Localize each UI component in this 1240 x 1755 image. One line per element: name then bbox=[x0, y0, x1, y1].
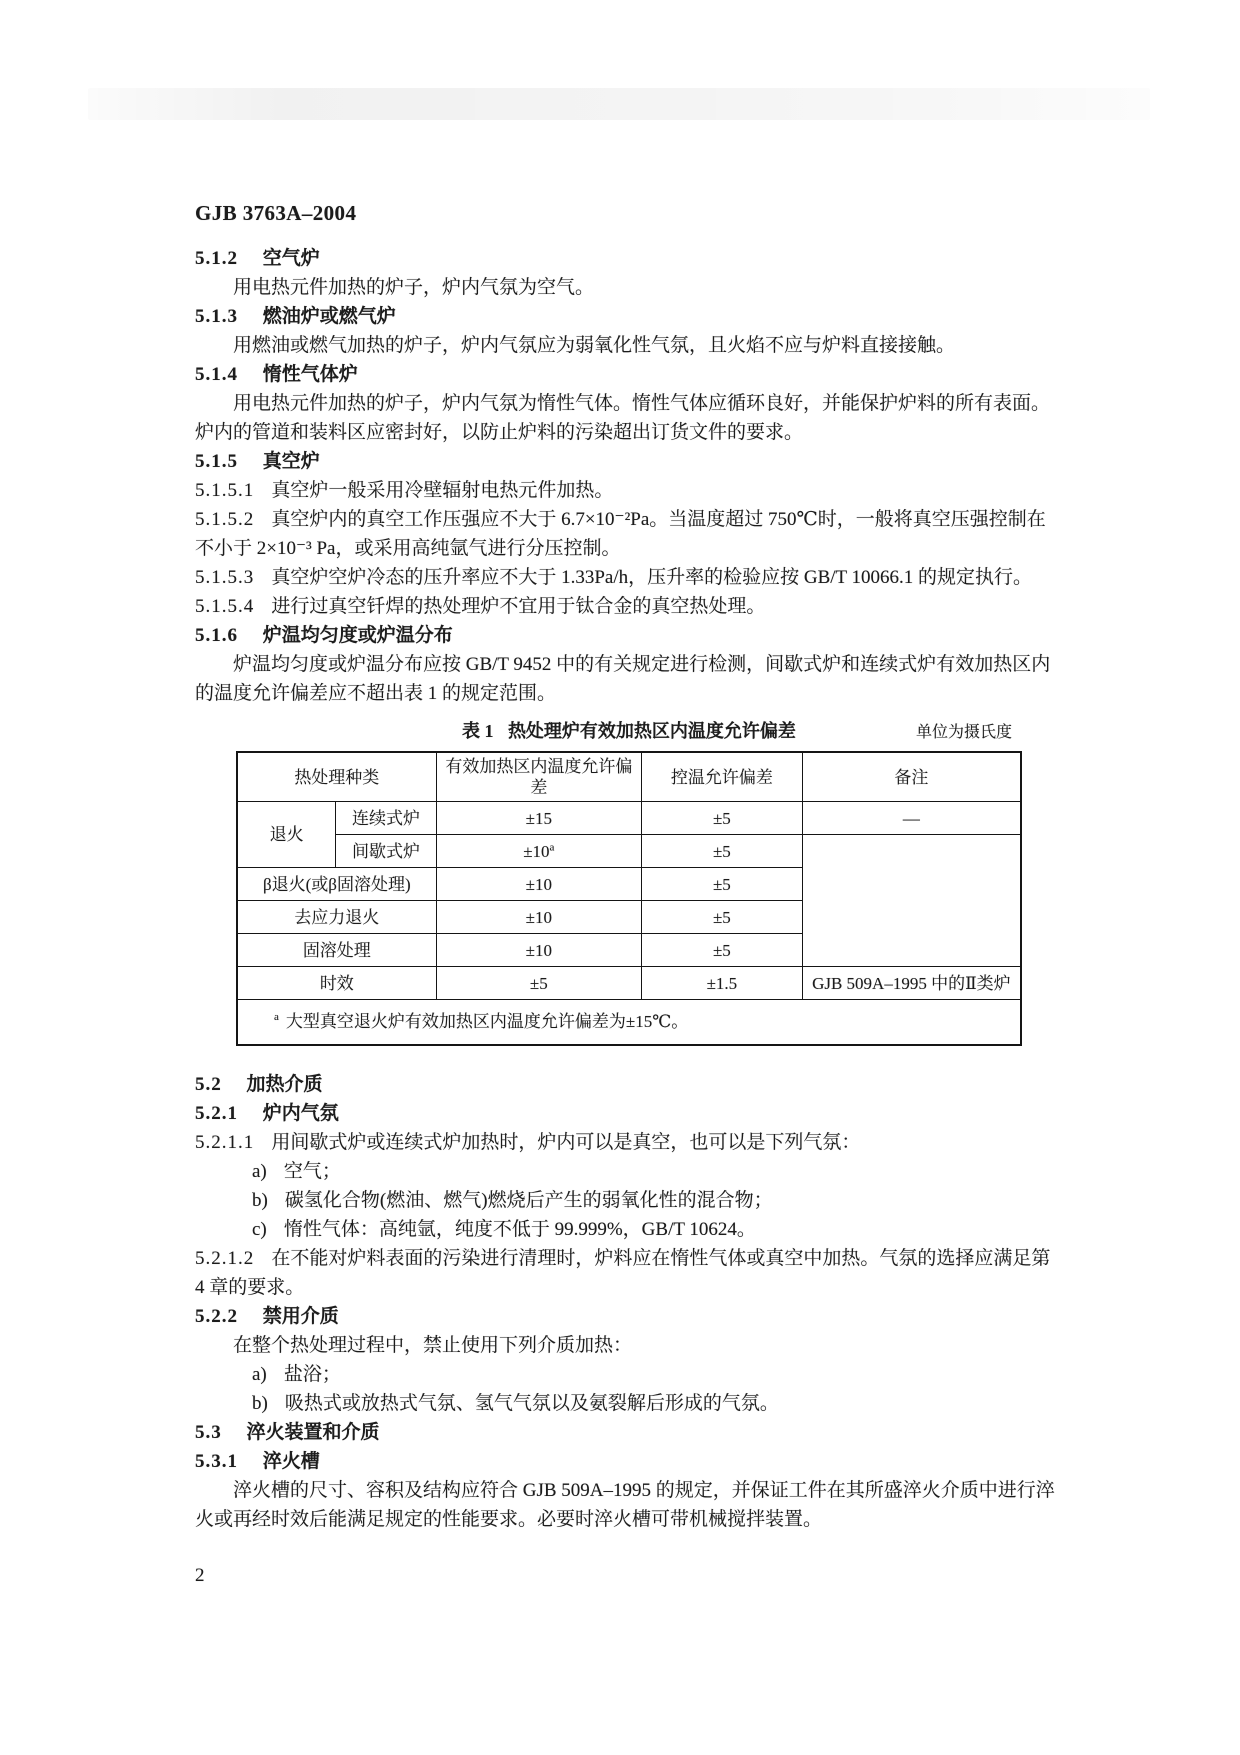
table-unit-note: 单位为摄氏度 bbox=[916, 718, 1012, 748]
cell-control: ±5 bbox=[642, 934, 803, 967]
footnote-ref: a bbox=[550, 841, 555, 853]
clause-title: 加热介质 bbox=[246, 1074, 322, 1095]
numbered-paragraph: 5.2.1.2在不能对炉料表面的污染进行清理时，炉料应在惰性气体或真空中加热。气… bbox=[195, 1244, 1063, 1302]
numbered-paragraph: 5.1.5.1真空炉一般采用冷壁辐射电热元件加热。 bbox=[195, 476, 1063, 505]
doc-number: GJB 3763A–2004 bbox=[195, 198, 1063, 228]
list-marker: b) bbox=[252, 1190, 268, 1211]
cell-control: ±5 bbox=[642, 901, 803, 934]
paragraph: 在整个热处理过程中，禁止使用下列介质加热： bbox=[195, 1331, 1063, 1360]
cell-remark: — bbox=[802, 802, 1021, 835]
page-content: GJB 3763A–2004 5.1.2空气炉 用电热元件加热的炉子，炉内气氛为… bbox=[195, 198, 1063, 1590]
paragraph-text: 用间歇式炉或连续式炉加热时，炉内可以是真空，也可以是下列气氛： bbox=[271, 1132, 860, 1153]
clause-heading-5-1-4: 5.1.4惰性气体炉 bbox=[195, 360, 1063, 389]
list-marker: c) bbox=[252, 1219, 267, 1240]
clause-number: 5.1.5.4 bbox=[195, 596, 254, 617]
col-header: 有效加热区内温度允许偏差 bbox=[436, 752, 641, 802]
numbered-paragraph: 5.1.5.4进行过真空钎焊的热处理炉不宜用于钛合金的真空热处理。 bbox=[195, 592, 1063, 621]
cell-group: 退火 bbox=[237, 802, 336, 868]
paragraph-text: 真空炉空炉冷态的压升率应不大于 1.33Pa/h，压升率的检验应按 GB/T 1… bbox=[271, 567, 1032, 588]
clause-heading-5-1-5: 5.1.5真空炉 bbox=[195, 447, 1063, 476]
cell-kind: 时效 bbox=[237, 967, 436, 1000]
clause-heading-5-1-3: 5.1.3燃油炉或燃气炉 bbox=[195, 302, 1063, 331]
clause-number: 5.2.2 bbox=[195, 1306, 238, 1327]
cell-deviation: ±10 bbox=[436, 868, 641, 901]
clause-title: 空气炉 bbox=[263, 248, 320, 269]
cell-value: ±10 bbox=[523, 842, 549, 861]
document-page: GJB 3763A–2004 5.1.2空气炉 用电热元件加热的炉子，炉内气氛为… bbox=[0, 0, 1240, 1755]
clause-number: 5.1.5.2 bbox=[195, 509, 254, 530]
clause-title: 淬火槽 bbox=[263, 1451, 320, 1472]
clause-title: 炉内气氛 bbox=[263, 1103, 339, 1124]
clause-title: 真空炉 bbox=[263, 451, 320, 472]
clause-heading-5-3: 5.3淬火装置和介质 bbox=[195, 1418, 1063, 1447]
clause-title: 淬火装置和介质 bbox=[246, 1422, 379, 1443]
clause-number: 5.2.1 bbox=[195, 1103, 238, 1124]
list-marker: b) bbox=[252, 1393, 268, 1414]
paragraph: 炉温均匀度或炉温分布应按 GB/T 9452 中的有关规定进行检测，间歇式炉和连… bbox=[195, 650, 1063, 708]
list-text: 碳氢化合物(燃油、燃气)燃烧后产生的弱氧化性的混合物； bbox=[285, 1190, 773, 1211]
cell-remark: GJB 509A–1995 中的Ⅱ类炉 bbox=[802, 967, 1021, 1000]
list-marker: a) bbox=[252, 1161, 267, 1182]
footnote-text: 大型真空退火炉有效加热区内温度允许偏差为±15℃。 bbox=[286, 1012, 688, 1031]
list-text: 惰性气体：高纯氩，纯度不低于 99.999%，GB/T 10624。 bbox=[284, 1219, 756, 1240]
paragraph: 用电热元件加热的炉子，炉内气氛为空气。 bbox=[195, 273, 1063, 302]
paragraph: 淬火槽的尺寸、容积及结构应符合 GJB 509A–1995 的规定，并保证工件在… bbox=[195, 1476, 1063, 1534]
table-header-row: 热处理种类 有效加热区内温度允许偏差 控温允许偏差 备注 bbox=[237, 752, 1021, 802]
list-text: 盐浴； bbox=[284, 1364, 341, 1385]
list-item: a)盐浴； bbox=[195, 1360, 1063, 1389]
paragraph-text: 真空炉一般采用冷壁辐射电热元件加热。 bbox=[271, 480, 613, 501]
table-row: 时效 ±5 ±1.5 GJB 509A–1995 中的Ⅱ类炉 bbox=[237, 967, 1021, 1000]
list-item: b)碳氢化合物(燃油、燃气)燃烧后产生的弱氧化性的混合物； bbox=[195, 1186, 1063, 1215]
cell-control: ±1.5 bbox=[642, 967, 803, 1000]
cell-deviation: ±15 bbox=[436, 802, 641, 835]
clause-number: 5.1.4 bbox=[195, 364, 238, 385]
paragraph-text: 进行过真空钎焊的热处理炉不宜用于钛合金的真空热处理。 bbox=[271, 596, 765, 617]
list-item: a)空气； bbox=[195, 1157, 1063, 1186]
cell-kind: 固溶处理 bbox=[237, 934, 436, 967]
clause-title: 禁用介质 bbox=[263, 1306, 339, 1327]
paragraph-text: 在不能对炉料表面的污染进行清理时，炉料应在惰性气体或真空中加热。气氛的选择应满足… bbox=[195, 1248, 1050, 1298]
clause-number: 5.1.6 bbox=[195, 625, 238, 646]
table-footnote: a大型真空退火炉有效加热区内温度允许偏差为±15℃。 bbox=[237, 1000, 1021, 1046]
clause-title: 惰性气体炉 bbox=[263, 364, 358, 385]
numbered-paragraph: 5.2.1.1用间歇式炉或连续式炉加热时，炉内可以是真空，也可以是下列气氛： bbox=[195, 1128, 1063, 1157]
clause-number: 5.1.5.1 bbox=[195, 480, 254, 501]
footnote-marker: a bbox=[274, 1011, 279, 1023]
clause-heading-5-3-1: 5.3.1淬火槽 bbox=[195, 1447, 1063, 1476]
cell-deviation: ±10a bbox=[436, 835, 641, 868]
list-text: 空气； bbox=[284, 1161, 341, 1182]
clause-heading-5-2: 5.2加热介质 bbox=[195, 1070, 1063, 1099]
cell-kind: 连续式炉 bbox=[336, 802, 436, 835]
clause-title: 炉温均匀度或炉温分布 bbox=[263, 625, 453, 646]
cell-control: ±5 bbox=[642, 835, 803, 868]
col-header: 控温允许偏差 bbox=[642, 752, 803, 802]
clause-number: 5.2 bbox=[195, 1074, 222, 1095]
cell-control: ±5 bbox=[642, 868, 803, 901]
clause-number: 5.1.3 bbox=[195, 306, 238, 327]
clause-heading-5-2-2: 5.2.2禁用介质 bbox=[195, 1302, 1063, 1331]
table-title: 热处理炉有效加热区内温度允许偏差 bbox=[508, 721, 796, 741]
col-header: 备注 bbox=[802, 752, 1021, 802]
list-item: b)吸热式或放热式气氛、氢气气氛以及氨裂解后形成的气氛。 bbox=[195, 1389, 1063, 1418]
col-header: 热处理种类 bbox=[237, 752, 436, 802]
clause-heading-5-2-1: 5.2.1炉内气氛 bbox=[195, 1099, 1063, 1128]
table-row: 间歇式炉 ±10a ±5 bbox=[237, 835, 1021, 868]
clause-number: 5.2.1.1 bbox=[195, 1132, 254, 1153]
cell-deviation: ±10 bbox=[436, 901, 641, 934]
table-caption-text: 表 1热处理炉有效加热区内温度允许偏差 bbox=[462, 721, 796, 741]
cell-kind: 间歇式炉 bbox=[336, 835, 436, 868]
paragraph-text: 真空炉内的真空工作压强应不大于 6.7×10⁻²Pa。当温度超过 750℃时，一… bbox=[195, 509, 1046, 559]
table-caption: 表 1热处理炉有效加热区内温度允许偏差 单位为摄氏度 bbox=[236, 716, 1022, 746]
cell-remark bbox=[802, 835, 1021, 967]
cell-deviation: ±5 bbox=[436, 967, 641, 1000]
table-row: 退火 连续式炉 ±15 ±5 — bbox=[237, 802, 1021, 835]
clause-number: 5.1.5 bbox=[195, 451, 238, 472]
table-label: 表 1 bbox=[462, 721, 494, 741]
list-text: 吸热式或放热式气氛、氢气气氛以及氨裂解后形成的气氛。 bbox=[285, 1393, 779, 1414]
scan-artifact-bar bbox=[88, 88, 1150, 120]
cell-control: ±5 bbox=[642, 802, 803, 835]
clause-number: 5.3 bbox=[195, 1422, 222, 1443]
table-footnote-row: a大型真空退火炉有效加热区内温度允许偏差为±15℃。 bbox=[237, 1000, 1021, 1046]
cell-kind: 去应力退火 bbox=[237, 901, 436, 934]
paragraph: 用燃油或燃气加热的炉子，炉内气氛应为弱氧化性气氛，且火焰不应与炉料直接接触。 bbox=[195, 331, 1063, 360]
numbered-paragraph: 5.1.5.3真空炉空炉冷态的压升率应不大于 1.33Pa/h，压升率的检验应按… bbox=[195, 563, 1063, 592]
cell-kind: β退火(或β固溶处理) bbox=[237, 868, 436, 901]
paragraph: 用电热元件加热的炉子，炉内气氛为惰性气体。惰性气体应循环良好，并能保护炉料的所有… bbox=[195, 389, 1063, 447]
clause-number: 5.2.1.2 bbox=[195, 1248, 254, 1269]
page-number: 2 bbox=[195, 1561, 1063, 1590]
list-item: c)惰性气体：高纯氩，纯度不低于 99.999%，GB/T 10624。 bbox=[195, 1215, 1063, 1244]
clause-heading-5-1-6: 5.1.6炉温均匀度或炉温分布 bbox=[195, 621, 1063, 650]
clause-number: 5.3.1 bbox=[195, 1451, 238, 1472]
list-marker: a) bbox=[252, 1364, 267, 1385]
numbered-paragraph: 5.1.5.2真空炉内的真空工作压强应不大于 6.7×10⁻²Pa。当温度超过 … bbox=[195, 505, 1063, 563]
cell-deviation: ±10 bbox=[436, 934, 641, 967]
table-1: 热处理种类 有效加热区内温度允许偏差 控温允许偏差 备注 退火 连续式炉 ±15… bbox=[236, 751, 1022, 1046]
clause-title: 燃油炉或燃气炉 bbox=[263, 306, 396, 327]
clause-number: 5.1.2 bbox=[195, 248, 238, 269]
clause-heading-5-1-2: 5.1.2空气炉 bbox=[195, 244, 1063, 273]
clause-number: 5.1.5.3 bbox=[195, 567, 254, 588]
